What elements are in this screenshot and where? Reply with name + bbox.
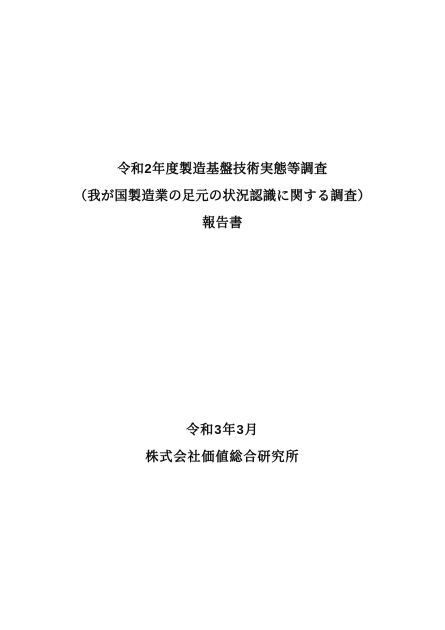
report-subtitle: （我が国製造業の足元の状況認識に関する調査）: [0, 189, 445, 203]
report-cover-page: 令和2年度製造基盤技術実態等調査 （我が国製造業の足元の状況認識に関する調査） …: [0, 0, 445, 630]
publisher-block: 令和3年3月 株式会社価値総合研究所: [0, 423, 445, 464]
title-block: 令和2年度製造基盤技術実態等調査 （我が国製造業の足元の状況認識に関する調査） …: [0, 162, 445, 230]
report-doc-type: 報告書: [0, 216, 445, 230]
publication-date: 令和3年3月: [0, 423, 445, 437]
report-title: 令和2年度製造基盤技術実態等調査: [0, 162, 445, 176]
publisher-name: 株式会社価値総合研究所: [0, 450, 445, 464]
